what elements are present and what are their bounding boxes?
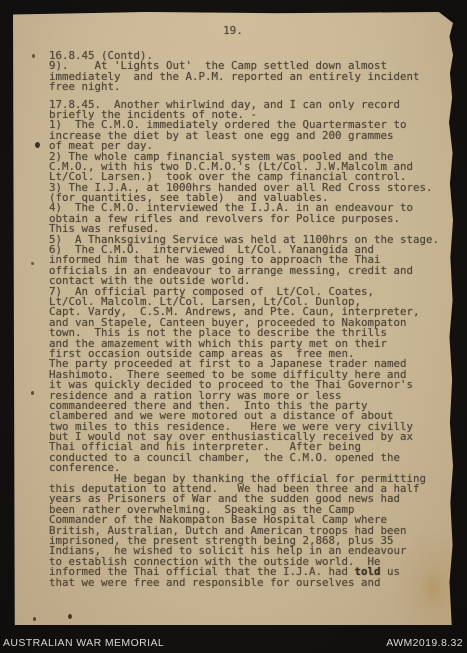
document-page: 19. 16.8.45 (Contd).9). At 'Lights Out' …: [13, 12, 453, 625]
text-line: that we were free and responsible for ou…: [49, 578, 439, 588]
paper-speck: [31, 391, 34, 395]
catalog-number: AWM2019.8.32: [386, 637, 463, 649]
document-text: 16.8.45 (Contd).9). At 'Lights Out' the …: [49, 51, 439, 588]
paper-stain: [419, 565, 447, 611]
page-number: 19.: [13, 24, 453, 37]
paper-speck: [68, 614, 72, 619]
scanned-document-photo: 19. 16.8.45 (Contd).9). At 'Lights Out' …: [0, 0, 467, 653]
paper-speck: [35, 142, 40, 148]
text-line: free night.: [49, 82, 439, 92]
paper-speck: [31, 262, 34, 265]
paper-speck: [33, 617, 36, 621]
paper-speck: [32, 54, 35, 58]
photo-caption-bar: AUSTRALIAN WAR MEMORIAL AWM2019.8.32: [0, 637, 467, 653]
archive-name: AUSTRALIAN WAR MEMORIAL: [3, 637, 164, 649]
